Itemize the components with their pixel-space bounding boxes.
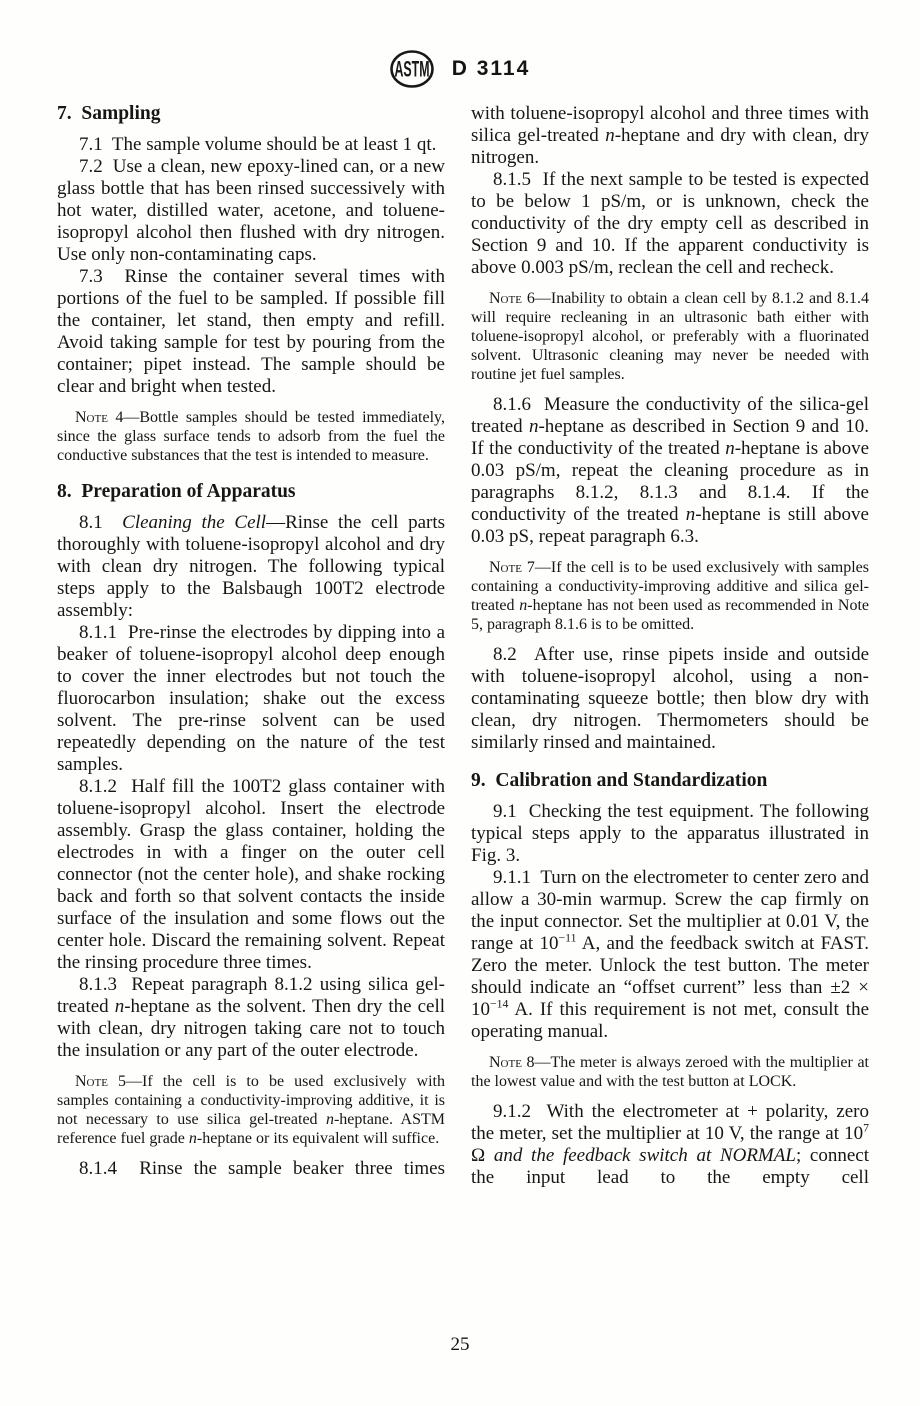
paragraph-8-1-5: 8.1.5 If the next sample to be tested is… [471,169,869,279]
svg-text:ASTM: ASTM [394,57,429,82]
page-body: 7. Sampling 7.1 The sample volume should… [57,103,869,1189]
doc-code: D 3114 [452,57,531,81]
paragraph-8-1: 8.1 Cleaning the Cell—Rinse the cell par… [57,512,445,622]
paragraph-8-1-4-continued: with toluene-isopropyl alcohol and three… [471,103,869,169]
paragraph-8-1-2: 8.1.2 Half fill the 100T2 glass containe… [57,776,445,974]
page-number: 25 [0,1334,920,1356]
document-page: ASTM D 3114 7. Sampling 7.1 The sample v… [0,0,920,1406]
paragraph-8-1-1: 8.1.1 Pre-rinse the electrodes by dippin… [57,622,445,776]
paragraph-7-2: 7.2 Use a clean, new epoxy-lined can, or… [57,156,445,266]
note-4: Note 4—Bottle samples should be tested i… [57,408,445,465]
paragraph-8-2: 8.2 After use, rinse pipets inside and o… [471,644,869,754]
paragraph-8-1-3: 8.1.3 Repeat paragraph 8.1.2 using silic… [57,974,445,1062]
left-column: 7. Sampling 7.1 The sample volume should… [57,103,445,1189]
section-heading-8: 8. Preparation of Apparatus [57,481,445,503]
note-8: Note 8—The meter is always zeroed with t… [471,1053,869,1091]
paragraph-7-3: 7.3 Rinse the container several times wi… [57,266,445,398]
right-column: with toluene-isopropyl alcohol and three… [471,103,869,1189]
paragraph-9-1-1: 9.1.1 Turn on the electrometer to center… [471,867,869,1043]
note-6: Note 6—Inability to obtain a clean cell … [471,289,869,384]
paragraph-8-1-6: 8.1.6 Measure the conductivity of the si… [471,394,869,548]
paragraph-9-1-2: 9.1.2 With the electrometer at + polarit… [471,1101,869,1189]
paragraph-9-1: 9.1 Checking the test equipment. The fol… [471,801,869,867]
paragraph-8-1-4: 8.1.4 Rinse the sample beaker three time… [57,1158,445,1180]
note-7: Note 7—If the cell is to be used exclusi… [471,558,869,634]
section-heading-9: 9. Calibration and Standardization [471,770,869,792]
astm-logo-icon: ASTM [390,50,434,88]
note-5: Note 5—If the cell is to be used exclusi… [57,1072,445,1148]
paragraph-7-1: 7.1 The sample volume should be at least… [57,134,445,156]
page-header: ASTM D 3114 [0,50,920,88]
section-heading-7: 7. Sampling [57,103,445,125]
